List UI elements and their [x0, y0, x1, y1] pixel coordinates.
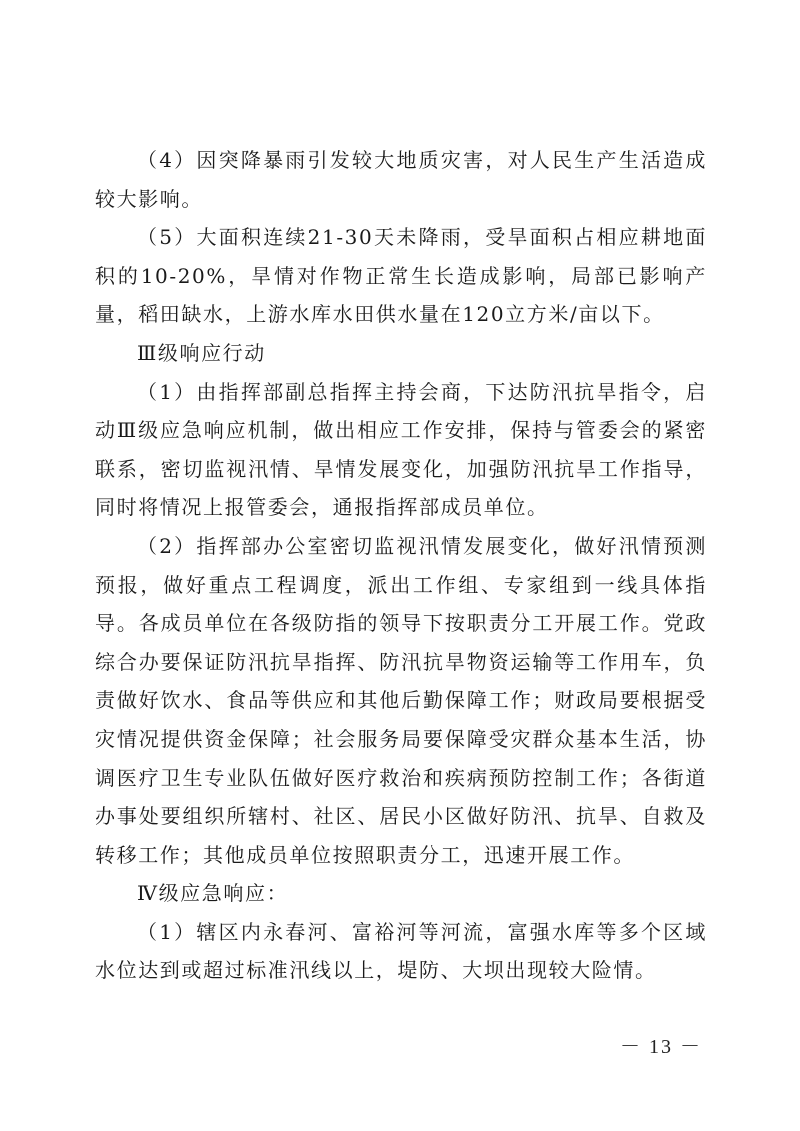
- document-body: （4）因突降暴雨引发较大地质灾害，对人民生产生活造成较大影响。 （5）大面积连续…: [95, 141, 707, 990]
- paragraph-level-3-item-2: （2）指挥部办公室密切监视汛情发展变化，做好汛情预测预报，做好重点工程调度，派出…: [95, 527, 707, 874]
- section-heading-level-4-response: Ⅳ级应急响应：: [95, 874, 707, 913]
- paragraph-item-5: （5）大面积连续21-30天未降雨，受旱面积占相应耕地面积的10-20%，旱情对…: [95, 218, 707, 334]
- paragraph-level-3-item-1: （1）由指挥部副总指挥主持会商，下达防汛抗旱指令，启动Ⅲ级应急响应机制，做出相应…: [95, 373, 707, 527]
- section-heading-level-3-response: Ⅲ级响应行动: [95, 334, 707, 373]
- paragraph-level-4-item-1: （1）辖区内永春河、富裕河等河流，富强水库等多个区域水位达到或超过标准汛线以上，…: [95, 913, 707, 990]
- page-number: － 13 －: [620, 1030, 702, 1059]
- paragraph-item-4: （4）因突降暴雨引发较大地质灾害，对人民生产生活造成较大影响。: [95, 141, 707, 218]
